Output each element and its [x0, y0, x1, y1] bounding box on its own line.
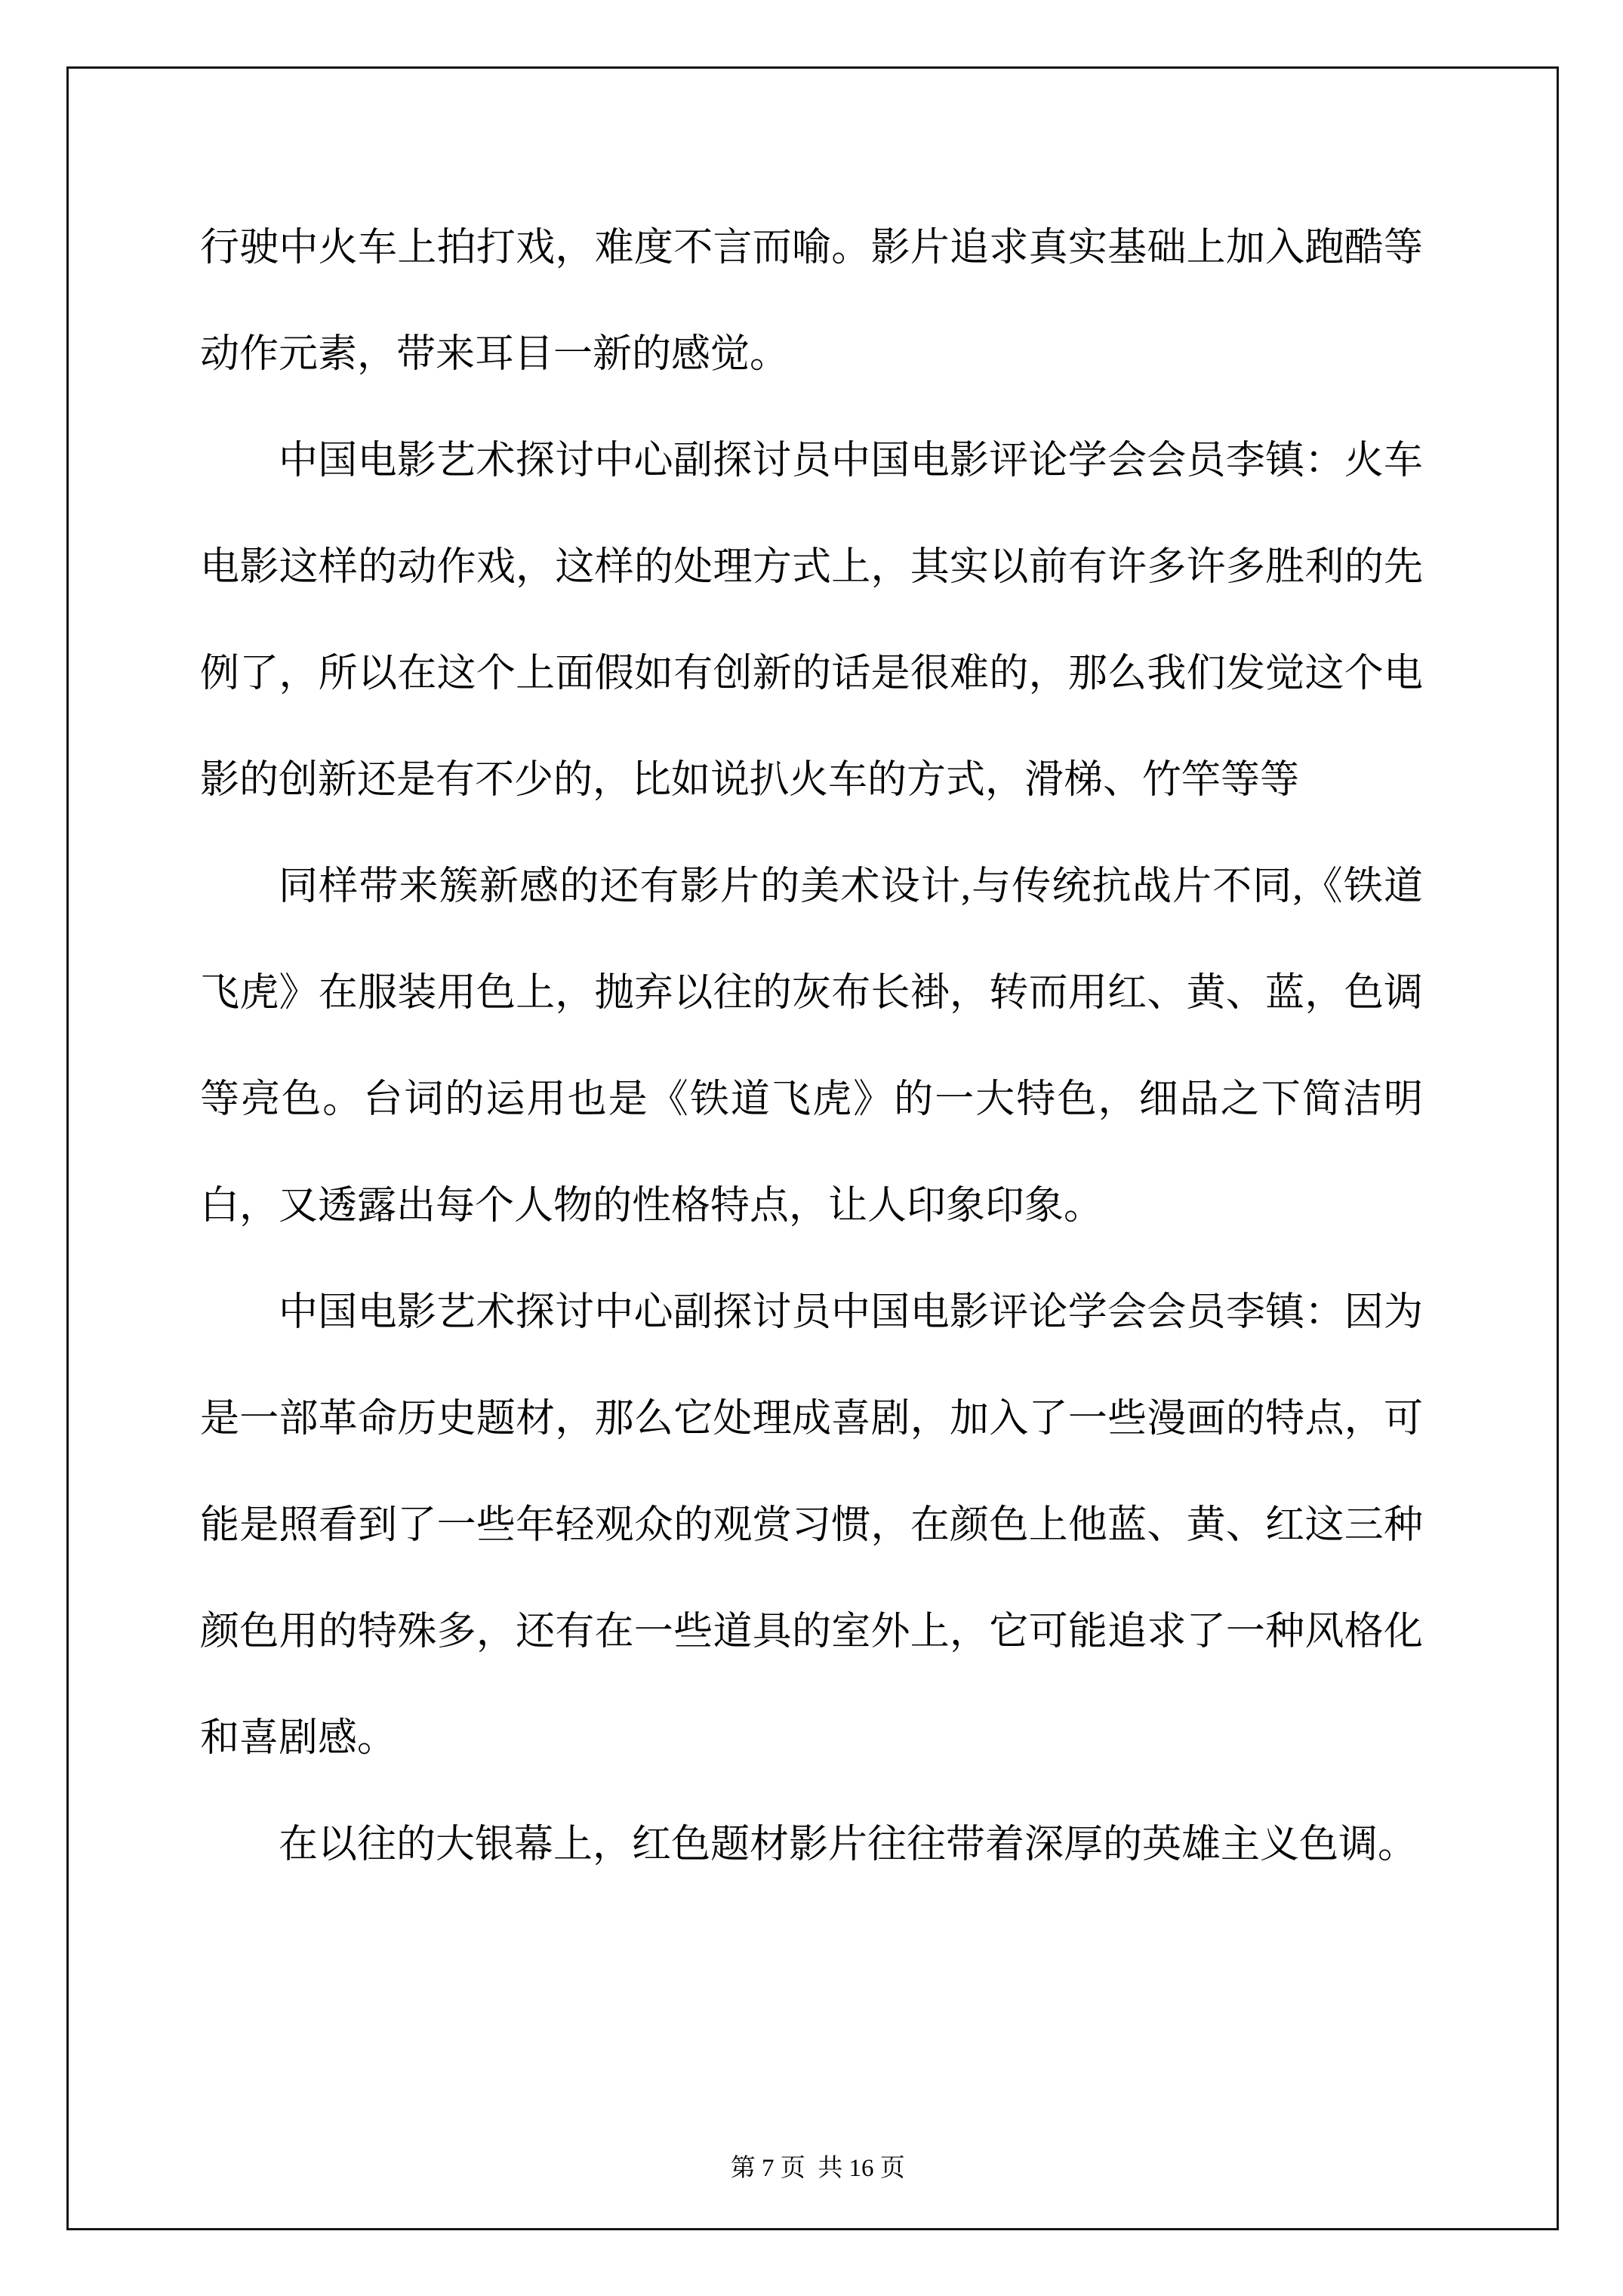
paragraph: 在以往的大银幕上，红色题材影片往往带着深厚的英雄主义色调。 [200, 1792, 1423, 1898]
page-footer: 第 7 页 共 16 页 [0, 2123, 1623, 2184]
paragraph: 行驶中火车上拍打戏，难度不言而喻。影片追求真实基础上加入跑酷等动作元素，带来耳目… [200, 195, 1423, 408]
document-body: 行驶中火车上拍打戏，难度不言而喻。影片追求真实基础上加入跑酷等动作元素，带来耳目… [200, 195, 1423, 1898]
paragraph: 同样带来簇新感的还有影片的美术设计,与传统抗战片不同,《铁道飞虎》在服装用色上，… [200, 834, 1423, 1259]
paragraph: 中国电影艺术探讨中心副探讨员中国电影评论学会会员李镇：火车电影这样的动作戏，这样… [200, 408, 1423, 834]
paragraph: 中国电影艺术探讨中心副探讨员中国电影评论学会会员李镇：因为是一部革命历史题材，那… [200, 1259, 1423, 1792]
footer-page-number: 第 7 页 共 16 页 [731, 2155, 905, 2182]
document-page: { "document": { "paragraphs": [ { "first… [0, 0, 1623, 2296]
